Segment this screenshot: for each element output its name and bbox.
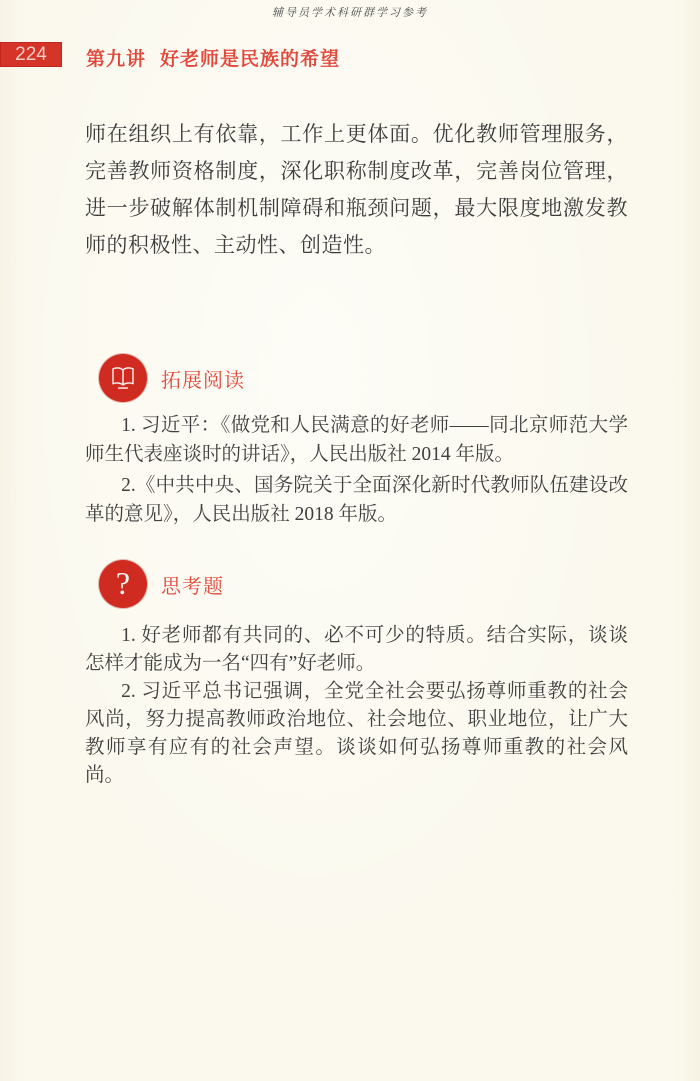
section-extended-reading-header: 拓展阅读 bbox=[99, 354, 245, 402]
chapter-title: 好老师是民族的希望 bbox=[160, 49, 340, 70]
book-page: 辅导员学术科研群学习参考 224 第九讲好老师是民族的希望 师在组织上有依靠，工… bbox=[0, 0, 700, 1081]
question-mark-icon: ? bbox=[99, 560, 147, 608]
reading-item: 2.《中共中央、国务院关于全面深化新时代教师队伍建设改革的意见》，人民出版社 2… bbox=[85, 471, 628, 529]
section-questions-header: ? 思考题 bbox=[99, 560, 224, 608]
question-item: 1. 好老师都有共同的、必不可少的特质。结合实际，谈谈怎样才能成为一名“四有”好… bbox=[85, 622, 628, 678]
chapter-heading: 第九讲好老师是民族的希望 bbox=[86, 44, 340, 71]
page-number-badge: 224 bbox=[0, 42, 62, 67]
reading-item: 1. 习近平：《做党和人民满意的好老师——同北京师范大学师生代表座谈时的讲话》，… bbox=[85, 411, 628, 469]
page-number: 224 bbox=[15, 44, 47, 65]
watermark-text: 辅导员学术科研群学习参考 bbox=[0, 4, 700, 20]
question-item: 2. 习近平总书记强调，全党全社会要弘扬尊师重教的社会风尚，努力提高教师政治地位… bbox=[85, 678, 628, 790]
questions-list: 1. 好老师都有共同的、必不可少的特质。结合实际，谈谈怎样才能成为一名“四有”好… bbox=[85, 622, 628, 790]
section-label-extended-reading: 拓展阅读 bbox=[161, 364, 245, 393]
extended-reading-list: 1. 习近平：《做党和人民满意的好老师——同北京师范大学师生代表座谈时的讲话》，… bbox=[85, 411, 628, 529]
section-label-questions: 思考题 bbox=[161, 570, 224, 599]
open-book-icon bbox=[99, 354, 147, 402]
body-paragraph: 师在组织上有依靠，工作上更体面。优化教师管理服务，完善教师资格制度，深化职称制度… bbox=[85, 116, 628, 264]
chapter-label: 第九讲 bbox=[86, 49, 146, 70]
